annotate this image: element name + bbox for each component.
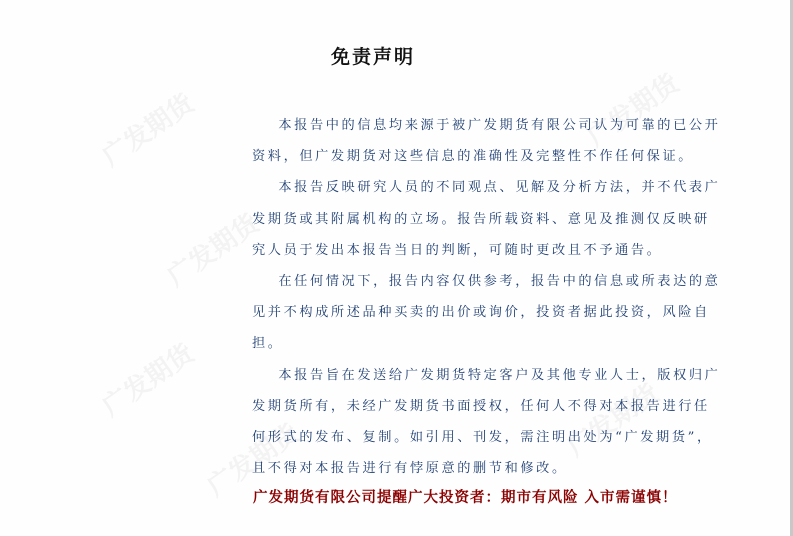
disclaimer-paragraph: 本报告反映研究人员的不同观点、见解及分析方法，并不代表广发期货或其附属机构的立场… (252, 172, 722, 266)
watermark: 广发期货 (159, 204, 265, 294)
watermark: 广发期货 (94, 334, 200, 424)
disclaimer-paragraph: 本报告中的信息均来源于被广发期货有限公司认为可靠的已公开资料，但广发期货对这些信… (252, 110, 722, 172)
watermark: 广发期货 (94, 84, 200, 174)
page-title: 免责声明 (331, 42, 415, 69)
risk-warning: 广发期货有限公司提醒广大投资者：期市有风险 入市需谨慎！ (253, 486, 678, 507)
disclaimer-paragraph: 本报告旨在发送给广发期货特定客户及其他专业人士，版权归广发期货所有，未经广发期货… (252, 360, 722, 485)
disclaimer-body: 本报告中的信息均来源于被广发期货有限公司认为可靠的已公开资料，但广发期货对这些信… (252, 110, 722, 484)
disclaimer-paragraph: 在任何情况下，报告内容仅供参考，报告中的信息或所表达的意见并不构成所述品种买卖的… (252, 266, 722, 360)
